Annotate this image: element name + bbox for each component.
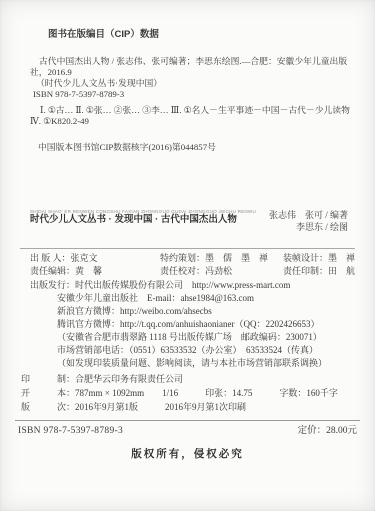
special-planner: 特约策划：墨 儒 墨 禅 [160,253,268,264]
publisher-email-line: 安徽少年儿童出版社 E-mail：ahse1984@163.com [57,293,254,304]
copyright-notice: 版权所有，侵权必究 [0,449,375,460]
publisher-person: 出 版 人：张克文 [30,253,98,264]
publishing-house-line: 出版发行：时代出版传媒股份有限公司 http://www.press-mart.… [30,280,290,291]
quality-notice-line: （如发现印装质量问题、影响阅读，请与本社市场营销部联系调换） [57,358,327,369]
price: 定价：28.00元 [298,426,357,437]
marketing-phone-line: 市场营销部电话：（0551）63533532（办公室） 63533524（传真） [57,345,318,356]
cip-isbn: ISBN 978-7-5397-8789-3 [33,89,124,100]
cip-header: 图书在版编目（CIP）数据 [48,29,159,40]
responsible-editor: 责任编辑：黄 馨 [30,266,102,277]
cip-series: （时代少儿人文丛书·发现中国） [36,78,162,89]
printing-company-line: 印 制：合肥华云印务有限责任公司 [21,374,183,385]
sina-weibo-line: 新浪官方微博：http://weibo.com/ahsecbs [57,306,212,317]
publisher-address-line: （安徽省合肥市翡翠路 1118 号出版传媒广场 邮政编码：230071） [57,332,322,343]
cip-classification: Ⅰ. ①古… Ⅱ. ①张… ②张… ③李… Ⅲ. ①名人－生平事迹－中国－古代－… [30,105,350,127]
book-copyright-page: 图书在版编目（CIP）数据 古代中国杰出人物 / 张志伟、张可编著；李思东绘图.… [0,0,375,511]
title-divider-rule [20,248,355,249]
cip-entry: 古代中国杰出人物 / 张志伟、张可编著；李思东绘图.—合肥：安徽少年儿童出版社，… [30,56,350,78]
format-line: 开 本：787mm × 1092mm 1/16 印张：14.75 字数：160千… [21,388,338,399]
edition-line: 版 次：2016年9月第1版 2016年9月第1次印刷 [21,402,246,413]
book-title: 时代少儿人文丛书 · 发现中国 · 古代中国杰出人物 [30,214,237,225]
authors-credit: 张志伟 张可 / 编著 [269,210,348,221]
binding-designer: 装帧设计：墨 禅 [283,253,355,264]
tencent-weibo-line: 腾讯官方微博：http://t.qq.com/anhuishaonianer（Q… [57,319,319,330]
responsible-printer: 责任印制：田 航 [283,266,355,277]
isbn-number: ISBN 978-7-5397-8789-3 [18,426,123,437]
isbn-divider-rule [15,420,360,421]
illustrator-credit: 李思东 / 绘图 [296,222,348,233]
cip-record-number: 中国版本图书馆CIP数据核字(2016)第044857号 [38,142,216,153]
responsible-proofreader: 责任校对：冯劲松 [160,266,232,277]
